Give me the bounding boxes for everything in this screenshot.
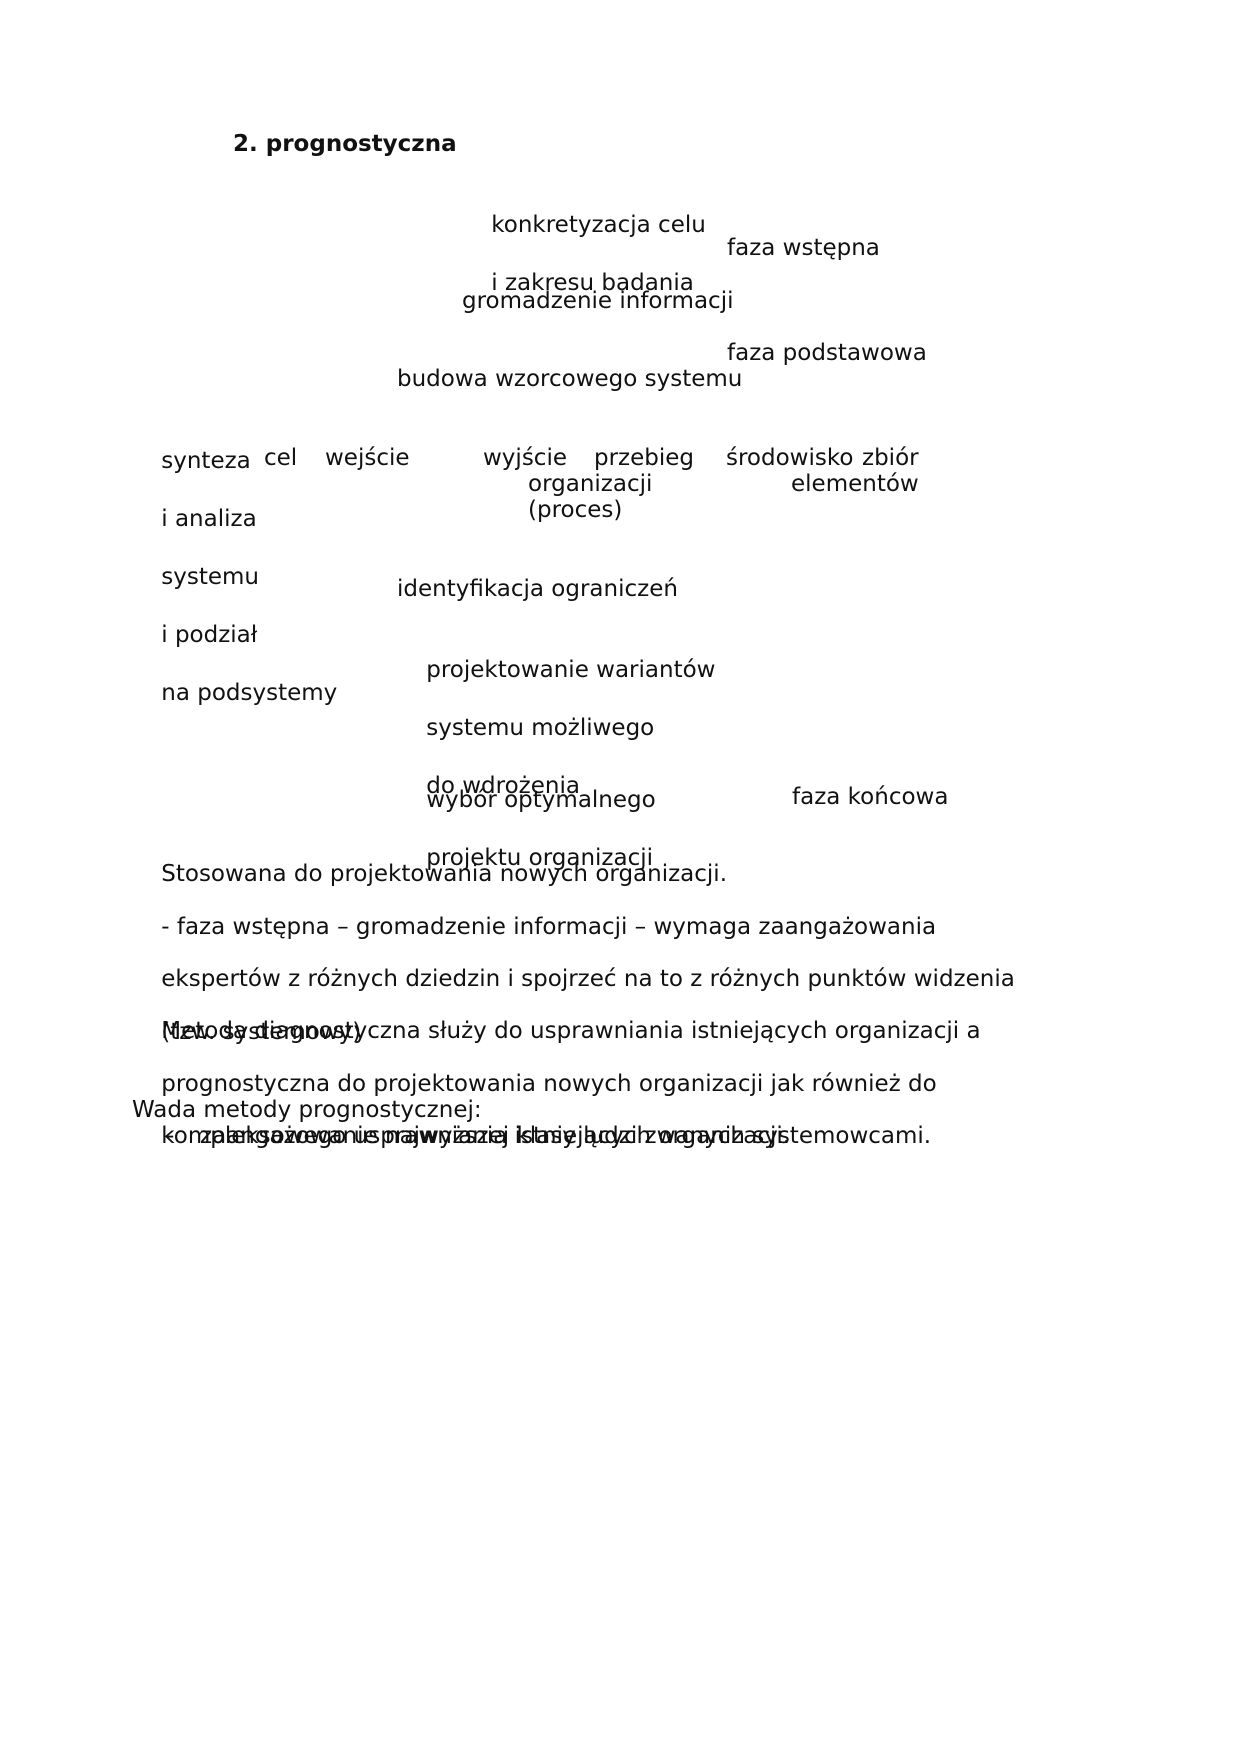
analysis-label: synteza i analiza systemu i podział na p… <box>132 418 337 737</box>
element-goal: cel <box>264 444 297 473</box>
element-input: wejście <box>325 444 410 473</box>
element-process-line-1: przebieg <box>594 444 694 473</box>
section-heading: 2. prognostyczna <box>233 130 457 159</box>
step-model-system: budowa wzorcowego systemu <box>397 365 742 394</box>
analysis-line-3: systemu <box>161 564 259 590</box>
usage-line-1: Stosowana do projektowania nowych organi… <box>161 861 727 887</box>
element-process-line-3: (proces) <box>528 496 622 525</box>
phase-basic-label: faza podstawowa <box>727 339 927 368</box>
drawback-title: Wada metody prognostycznej: <box>132 1096 482 1125</box>
comparison-line-2: prognostyczna do projektowania nowych or… <box>161 1071 936 1097</box>
element-output: wyjście <box>483 444 567 473</box>
step-information-gathering: gromadzenie informacji <box>462 287 734 316</box>
selection-line-1: wybór optymalnego <box>426 787 655 813</box>
usage-line-3: ekspertów z różnych dziedzin i spojrzeć … <box>161 966 1015 992</box>
phase-initial-label: faza wstępna <box>727 234 880 263</box>
element-set-line-2: elementów <box>791 470 919 499</box>
element-process-line-2: organizacji <box>528 470 652 499</box>
document-page: 2. prognostyczna konkretyzacja celu i za… <box>0 0 1240 1754</box>
bullet-marker: - <box>166 1122 174 1151</box>
comparison-line-1: Metoda diagnostyczna służy do usprawnian… <box>161 1018 980 1044</box>
variant-line-1: projektowanie wariantów <box>426 657 715 683</box>
analysis-line-5: na podsystemy <box>161 680 337 706</box>
analysis-line-4: i podział <box>161 622 257 648</box>
element-set-line-1: zbiór <box>862 444 919 473</box>
step-goal-line-1: konkretyzacja celu <box>491 212 706 238</box>
drawback-item: zaangażowanie najwyższej klasy ludzi zwa… <box>200 1122 931 1151</box>
analysis-line-2: i analiza <box>161 506 256 532</box>
phase-final-label: faza końcowa <box>792 783 948 812</box>
analysis-line-1: synteza <box>161 448 251 474</box>
step-constraints: identyfikacja ograniczeń <box>397 575 678 604</box>
usage-line-2: - faza wstępna – gromadzenie informacji … <box>161 914 936 940</box>
variant-line-2: systemu możliwego <box>426 715 654 741</box>
element-environment: środowisko <box>726 444 853 473</box>
